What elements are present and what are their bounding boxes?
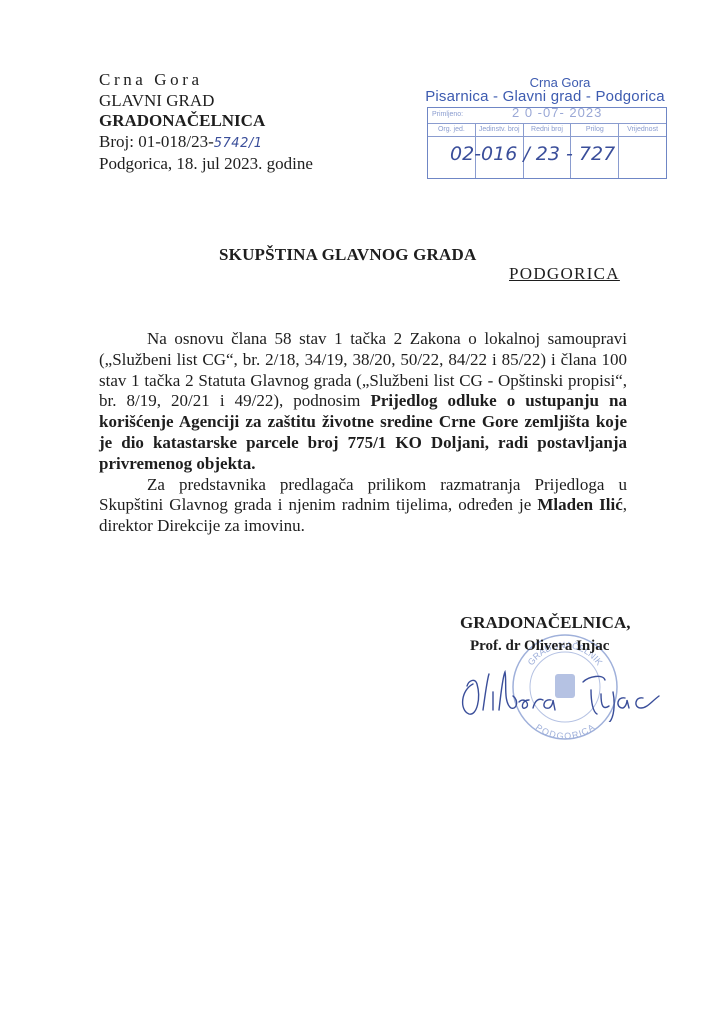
stamp-col-unique: Jedinstv. broj (476, 123, 524, 136)
svg-text:PODGORICA: PODGORICA (534, 722, 597, 741)
stamp-col-attachment: Prilog (571, 123, 619, 136)
stamp-col-serial: Redni broj (524, 123, 572, 136)
letterhead-office: GRADONAČELNICA (99, 111, 313, 132)
letterhead-city: GLAVNI GRAD (99, 91, 313, 112)
registry-stamp: Crna Gora Pisarnica - Glavni grad - Podg… (420, 76, 670, 105)
stamp-col-value: Vrijednost (619, 123, 666, 136)
letterhead: Crna Gora GLAVNI GRAD GRADONAČELNICA Bro… (99, 70, 313, 175)
handwritten-signature (455, 662, 685, 722)
stamp-table: Primljeno: 2 0 -07- 2023 Org. jed. Jedin… (427, 107, 667, 179)
stamp-handwritten-number: 02-016 / 23 - 727 (450, 143, 615, 165)
stamp-received-label: Primljeno: (432, 111, 463, 118)
addressee-city: PODGORICA (509, 264, 620, 284)
signatory-title: GRADONAČELNICA, (460, 613, 630, 633)
stamp-col-org: Org. jed. (428, 123, 476, 136)
paragraph-1: Na osnovu člana 58 stav 1 tačka 2 Zakona… (99, 329, 627, 475)
letterhead-country: Crna Gora (99, 70, 313, 91)
stamp-received-date: 2 0 -07- 2023 (512, 105, 602, 120)
letter-body: Na osnovu člana 58 stav 1 tačka 2 Zakona… (99, 329, 627, 537)
addressee-title: SKUPŠTINA GLAVNOG GRADA (219, 245, 476, 265)
stamp-received-row: Primljeno: 2 0 -07- 2023 (428, 108, 666, 124)
signatory-name: Prof. dr Olivera Injac (470, 638, 609, 655)
paragraph-2: Za predstavnika predlagača prilikom razm… (99, 475, 627, 537)
reference-label: Broj: 01-018/23- (99, 132, 214, 151)
stamp-header-row: Org. jed. Jedinstv. broj Redni broj Pril… (428, 123, 666, 137)
reference-handwritten: 5742/1 (214, 136, 263, 151)
representative-name: Mladen Ilić (537, 495, 622, 514)
stamp-line2: Pisarnica - Glavni grad - Podgorica (420, 89, 670, 105)
place-date: Podgorica, 18. jul 2023. godine (99, 154, 313, 175)
reference-number: Broj: 01-018/23-5742/1 (99, 132, 313, 155)
